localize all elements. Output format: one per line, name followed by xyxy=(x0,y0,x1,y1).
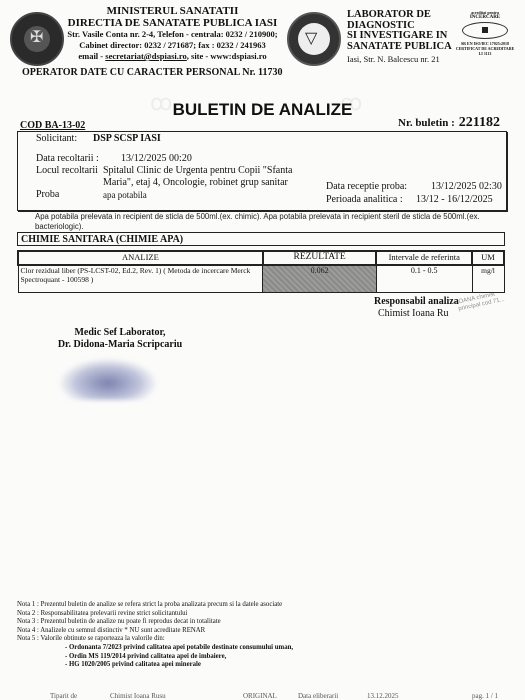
proba-label: Proba xyxy=(36,189,59,200)
lab-address: Iasi, Str. N. Balcescu nr. 21 xyxy=(347,54,440,64)
note-item: Nota 5 : Valorile obtinute se raporteaza… xyxy=(17,635,293,644)
regulation-item: - HG 1020/2005 privind calitatea apei mi… xyxy=(17,661,293,670)
note-item: Nota 3 : Prezentul buletin de analize nu… xyxy=(17,618,293,627)
cell-analiza: Clor rezidual liber (PS-LCST-02, Ed.2, R… xyxy=(18,265,263,293)
regulation-item: - Ordonanta 7/2023 privind calitatea ape… xyxy=(17,644,293,653)
data-receptie-label: Data receptie proba: xyxy=(326,181,407,192)
cell-um: mg/l xyxy=(472,265,504,293)
footer: Tiparit de Chimist Ioana Rusu ORIGINAL D… xyxy=(0,692,525,700)
eagle-icon: ✠ xyxy=(30,28,43,48)
sample-info-box: Solicitant: DSP SCSP IASI Data recoltari… xyxy=(17,131,507,211)
responsible-stamp: IOANA chimist principal cod 71... xyxy=(456,287,523,339)
ministry-name: MINISTERUL SANATATII xyxy=(60,5,285,17)
printed-by-name: Chimist Ioana Rusu xyxy=(110,692,166,700)
column-header-rezultate: REZULTATE xyxy=(263,251,377,265)
results-table: ANALIZE REZULTATE Intervale de referinta… xyxy=(17,250,505,293)
government-logo: ✠ xyxy=(10,12,64,66)
email-line: email - secretariat@dspiasi.ro, site - w… xyxy=(60,51,285,62)
column-header-interval: Intervale de referinta xyxy=(376,251,472,265)
lab-name: LABORATOR DE DIAGNOSTIC SI INVESTIGARE I… xyxy=(347,10,452,52)
note-item: Nota 4 : Analizele cu semnul distinctiv … xyxy=(17,627,293,636)
cell-rezultat: 0.062 xyxy=(263,265,377,293)
accreditation-badge: acreditat pentru INCERCARE SR EN ISO/IEC… xyxy=(454,10,516,56)
sample-container-note: Apa potabila prelevata in recipient de s… xyxy=(35,212,515,232)
data-recoltarii-value: 13/12/2025 00:20 xyxy=(121,153,192,164)
directorate-name: DIRECTIA DE SANATATE PUBLICA IASI xyxy=(60,17,285,29)
column-header-analize: ANALIZE xyxy=(18,251,263,265)
perioada-value: 13/12 - 16/12/2025 xyxy=(416,194,493,205)
ministry-header: MINISTERUL SANATATII DIRECTIA DE SANATAT… xyxy=(60,5,285,62)
proba-value: apa potabila xyxy=(103,190,147,200)
lab-emblem-icon: ▽ xyxy=(305,31,317,47)
locul-recoltarii-label: Locul recoltarii xyxy=(36,165,98,176)
original-label: ORIGINAL xyxy=(243,692,277,700)
table-header-row: ANALIZE REZULTATE Intervale de referinta… xyxy=(18,251,504,265)
regulation-item: - Ordin MS 119/2014 privind calitatea ap… xyxy=(17,653,293,662)
lab-head: Medic Sef Laborator, Dr. Didona-Maria Sc… xyxy=(50,327,190,351)
cabinet-line: Cabinet director: 0232 / 271687; fax : 0… xyxy=(60,40,285,51)
perioada-label: Perioada analitica : xyxy=(326,194,403,205)
note-item: Nota 2 : Responsabilitatea prelevarii re… xyxy=(17,610,293,619)
email-link[interactable]: secretariat@dspiasi.ro xyxy=(105,51,187,61)
table-row: Clor rezidual liber (PS-LCST-02, Ed.2, R… xyxy=(18,265,504,293)
buletin-number: Nr. buletin : 221182 xyxy=(398,113,500,131)
cell-interval: 0.1 - 0.5 xyxy=(376,265,472,293)
notes-section: Nota 1 : Prezentul buletin de analize se… xyxy=(17,601,293,670)
analysis-responsible: Responsabil analiza Chimist Ioana Ru xyxy=(374,296,459,320)
data-recoltarii-label: Data recoltarii : xyxy=(36,153,99,164)
lab-head-name: Dr. Didona-Maria Scripcariu xyxy=(50,339,190,351)
solicitant-label: Solicitant: xyxy=(36,133,77,144)
lab-head-signature xyxy=(58,358,158,400)
document-code: COD BA-13-02 xyxy=(20,120,85,131)
page-number: pag. 1 / 1 xyxy=(472,692,498,700)
printed-by-label: Tiparit de xyxy=(50,692,77,700)
lab-head-title: Medic Sef Laborator, xyxy=(50,327,190,339)
address-line: Str. Vasile Conta nr. 2-4, Telefon - cen… xyxy=(60,29,285,40)
issue-date-value: 13.12.2025 xyxy=(367,692,399,700)
solicitant-value: DSP SCSP IASI xyxy=(93,133,161,144)
locul-recoltarii-value: Spitalul Clinic de Urgenta pentru Copii … xyxy=(103,165,318,189)
note-item: Nota 1 : Prezentul buletin de analize se… xyxy=(17,601,293,610)
issue-date-label: Data eliberarii xyxy=(298,692,338,700)
lab-logo: ▽ xyxy=(287,12,341,66)
renar-logo xyxy=(462,22,508,39)
responsible-name: Chimist Ioana Ru xyxy=(374,308,459,320)
section-title: CHIMIE SANITARA (CHIMIE APA) xyxy=(17,232,505,246)
operator-line: OPERATOR DATE CU CARACTER PERSONAL Nr. 1… xyxy=(22,67,283,78)
column-header-um: UM xyxy=(472,251,504,265)
responsible-title: Responsabil analiza xyxy=(374,296,459,307)
data-receptie-value: 13/12/2025 02:30 xyxy=(431,181,502,192)
